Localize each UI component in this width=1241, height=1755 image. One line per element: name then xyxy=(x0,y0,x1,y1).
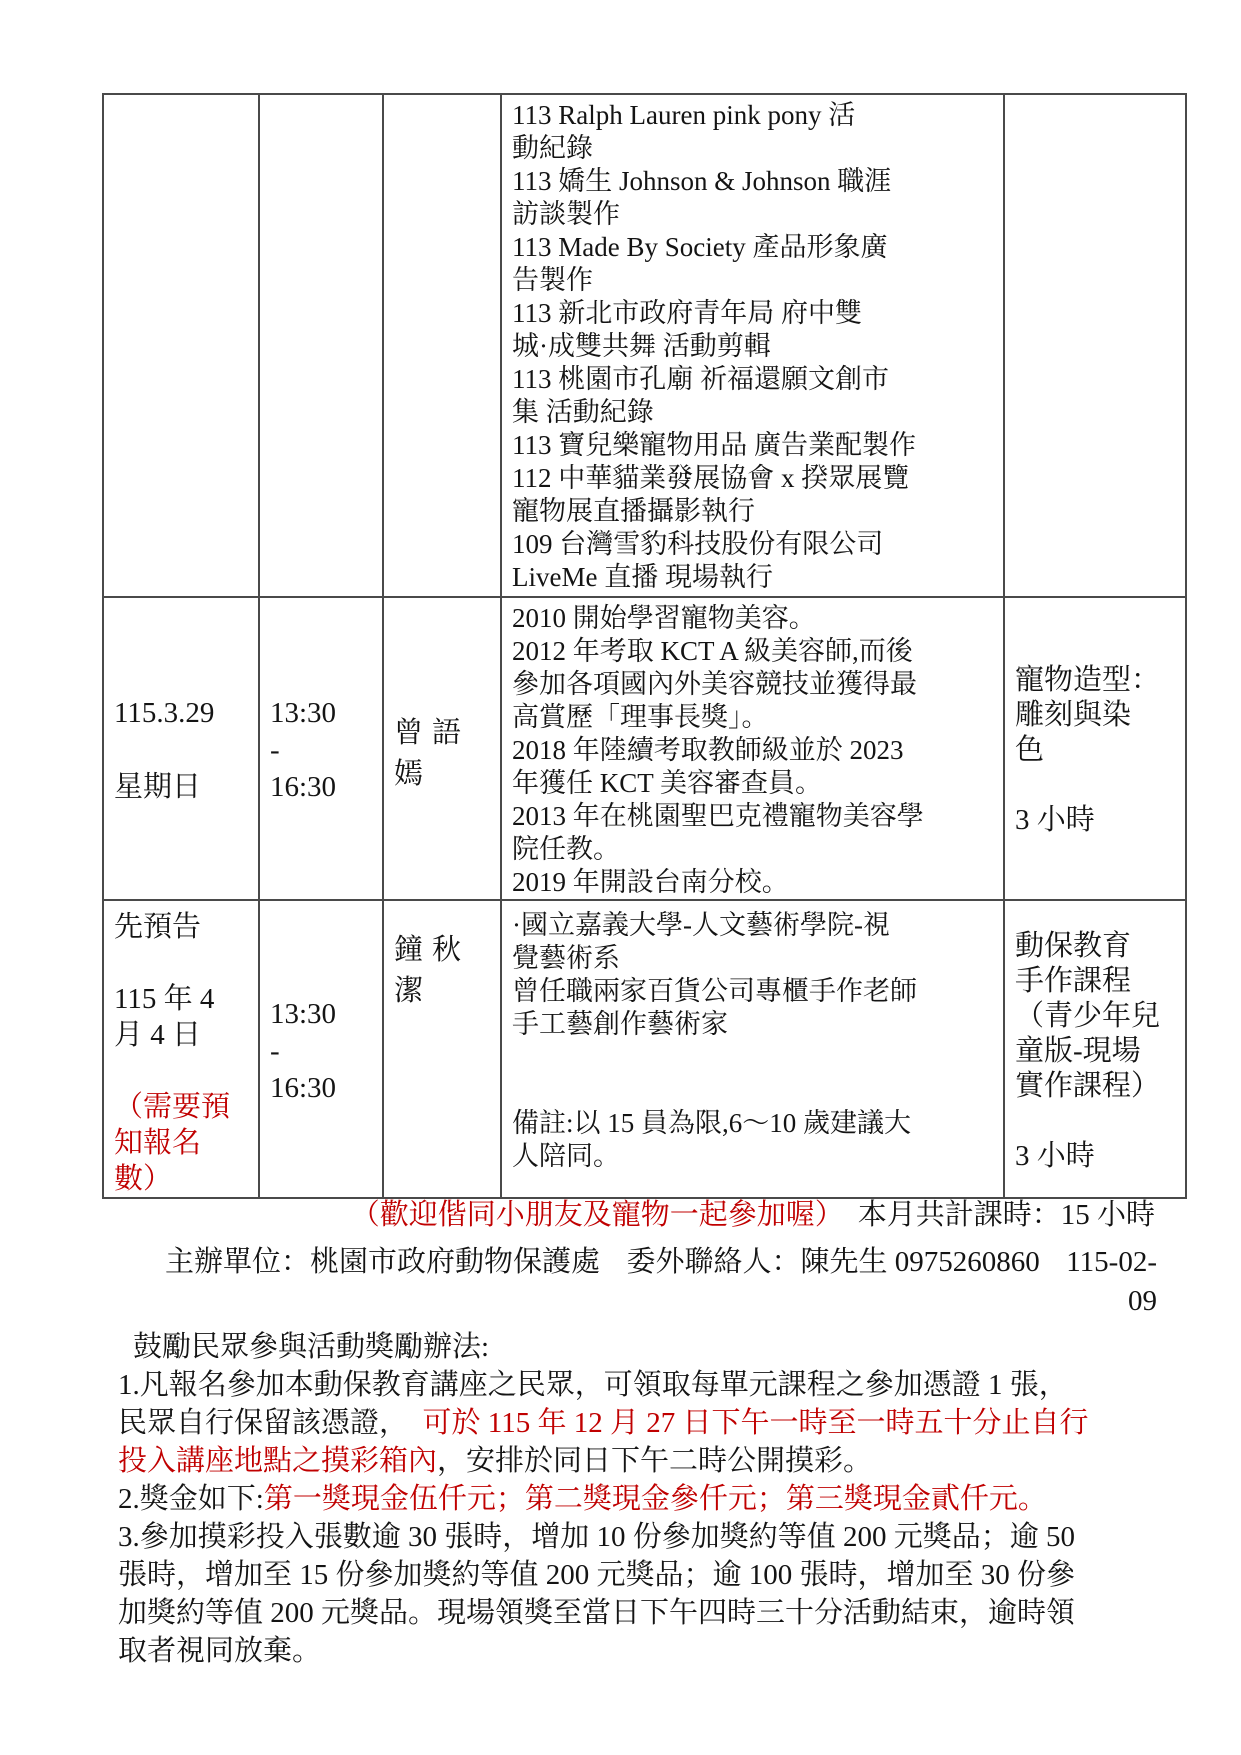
course-cell: 動保教育 手作課程 （青少年兒 童版-現場 實作課程） 3 小時 xyxy=(1004,900,1186,1198)
doc-number-part1: 115-02- xyxy=(1066,1243,1157,1282)
instructor-name-cell: 曾語嫣 xyxy=(383,597,501,900)
time-cell xyxy=(259,94,383,597)
instructor-bio-cell: 2010 開始學習寵物美容。 2012 年考取 KCT A 級美容師,而後 參加… xyxy=(501,597,1004,900)
rule1-text-end: ，安排於同日下午二時公開摸彩。 xyxy=(437,1445,872,1477)
course-cell xyxy=(1004,94,1186,597)
monthly-total-hours: 本月共計課時：15 小時 xyxy=(858,1199,1155,1231)
organizer-name: 主辦單位：桃園市政府動物保護處 xyxy=(165,1243,600,1282)
table-row-march-29: 115.3.29 星期日 13:30 - 16:30 曾語嫣 2010 開始學習… xyxy=(103,597,1186,900)
time-cell: 13:30 - 16:30 xyxy=(259,597,383,900)
organizer-line: 主辦單位：桃園市政府動物保護處 委外聯絡人：陳先生 0975260860 115… xyxy=(165,1243,1157,1282)
reward-rules-section: 鼓勵民眾參與活動獎勵辦法: 1.凡報名參加本動保教育講座之民眾，可領取每單元課程… xyxy=(118,1328,1158,1670)
welcome-total-line: （歡迎偕同小朋友及寵物一起參加喔）本月共計課時：15 小時 xyxy=(102,1197,1155,1234)
document-page: 113 Ralph Lauren pink pony 活 動紀錄 113 嬌生 … xyxy=(0,0,1241,1755)
rule2-text: 2.獎金如下: xyxy=(118,1483,264,1515)
rule-item-1: 1.凡報名參加本動保教育講座之民眾，可領取每單元課程之參加憑證 1 張， 民眾自… xyxy=(118,1366,1158,1480)
welcome-message-red: （歡迎偕同小朋友及寵物一起參加喔） xyxy=(351,1199,844,1231)
rules-heading: 鼓勵民眾參與活動獎勵辦法: xyxy=(118,1328,1158,1366)
instructor-bio-cell: ·國立嘉義大學-人文藝術學院-視 覺藝術系 曾任職兩家百貨公司專櫃手作老師 手工… xyxy=(501,900,1004,1198)
course-schedule-table: 113 Ralph Lauren pink pony 活 動紀錄 113 嬌生 … xyxy=(102,93,1187,1199)
doc-number-part2: 09 xyxy=(165,1282,1157,1321)
table-row-april-4: 先預告 115 年 4 月 4 日 （需要預 知報名 數） 13:30 - 16… xyxy=(103,900,1186,1198)
rule2-prizes-red: 第一獎現金伍仟元；第二獎現金參仟元；第三獎現金貳仟元。 xyxy=(264,1483,1047,1515)
table-row-continued: 113 Ralph Lauren pink pony 活 動紀錄 113 嬌生 … xyxy=(103,94,1186,597)
instructor-name-cell xyxy=(383,94,501,597)
date-cell: 先預告 115 年 4 月 4 日 （需要預 知報名 數） xyxy=(103,900,259,1198)
organizer-block: 主辦單位：桃園市政府動物保護處 委外聯絡人：陳先生 0975260860 115… xyxy=(165,1243,1157,1321)
instructor-name-cell: 鐘秋潔 xyxy=(383,900,501,1198)
contact-person: 委外聯絡人：陳先生 0975260860 xyxy=(627,1243,1040,1282)
rule-item-2: 2.獎金如下:第一獎現金伍仟元；第二獎現金參仟元；第三獎現金貳仟元。 xyxy=(118,1480,1158,1518)
rule-item-3: 3.參加摸彩投入張數逾 30 張時，增加 10 份參加獎約等值 200 元獎品；… xyxy=(118,1518,1158,1670)
date-cell: 115.3.29 星期日 xyxy=(103,597,259,900)
instructor-bio-cell: 113 Ralph Lauren pink pony 活 動紀錄 113 嬌生 … xyxy=(501,94,1004,597)
date-text: 先預告 115 年 4 月 4 日 xyxy=(114,911,214,1051)
time-cell: 13:30 - 16:30 xyxy=(259,900,383,1198)
registration-notice-red: （需要預 知報名 數） xyxy=(114,1091,230,1195)
course-cell: 寵物造型： 雕刻與染 色 3 小時 xyxy=(1004,597,1186,900)
date-cell xyxy=(103,94,259,597)
